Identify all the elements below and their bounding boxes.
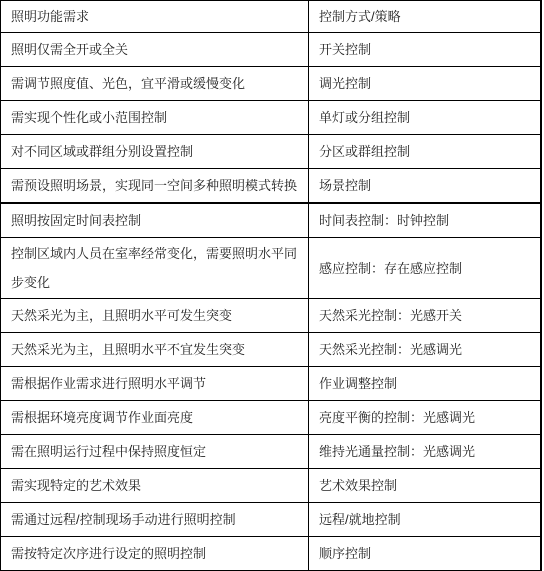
table-row: 天然采光为主，且照明水平可发生突变天然采光控制：光感开关 — [1, 299, 541, 333]
table-row: 对不同区域或群组分别设置控制分区或群组控制 — [1, 135, 541, 169]
cell-control: 天然采光控制：光感调光 — [309, 333, 541, 367]
cell-control: 远程/就地控制 — [309, 503, 541, 537]
cell-control: 维持光通量控制：光感调光 — [309, 435, 541, 469]
cell-control: 时间表控制：时钟控制 — [309, 203, 541, 238]
cell-control: 作业调整控制 — [309, 367, 541, 401]
lighting-control-table: 照明功能需求 控制方式/策略 照明仅需全开或全关开关控制需调节照度值、光色，宜平… — [0, 0, 542, 571]
header-cell-need: 照明功能需求 — [1, 1, 309, 33]
cell-control: 单灯或分组控制 — [309, 101, 541, 135]
table-row: 需预设照明场景，实现同一空间多种照明模式转换场景控制 — [1, 169, 541, 204]
table-row: 需按特定次序进行设定的照明控制顺序控制 — [1, 537, 541, 571]
cell-need: 天然采光为主，且照明水平不宜发生突变 — [1, 333, 309, 367]
table-row: 需在照明运行过程中保持照度恒定维持光通量控制：光感调光 — [1, 435, 541, 469]
table-row: 需调节照度值、光色，宜平滑或缓慢变化调光控制 — [1, 67, 541, 101]
cell-need: 需根据作业需求进行照明水平调节 — [1, 367, 309, 401]
cell-control: 艺术效果控制 — [309, 469, 541, 503]
header-cell-control: 控制方式/策略 — [309, 1, 541, 33]
table-row: 照明仅需全开或全关开关控制 — [1, 33, 541, 67]
cell-need: 需通过远程/控制现场手动进行照明控制 — [1, 503, 309, 537]
cell-need: 需预设照明场景，实现同一空间多种照明模式转换 — [1, 169, 309, 204]
table-row: 需实现特定的艺术效果艺术效果控制 — [1, 469, 541, 503]
cell-need: 需实现个性化或小范围控制 — [1, 101, 309, 135]
table-row: 需通过远程/控制现场手动进行照明控制远程/就地控制 — [1, 503, 541, 537]
document-page: 照明功能需求 控制方式/策略 照明仅需全开或全关开关控制需调节照度值、光色，宜平… — [0, 0, 544, 571]
cell-control: 感应控制：存在感应控制 — [309, 238, 541, 299]
cell-need: 控制区域内人员在室率经常变化，需要照明水平同步变化 — [1, 238, 309, 299]
cell-control: 天然采光控制：光感开关 — [309, 299, 541, 333]
cell-need: 需根据环境亮度调节作业面亮度 — [1, 401, 309, 435]
cell-control: 调光控制 — [309, 67, 541, 101]
cell-control: 分区或群组控制 — [309, 135, 541, 169]
table-row: 需实现个性化或小范围控制单灯或分组控制 — [1, 101, 541, 135]
cell-control: 顺序控制 — [309, 537, 541, 571]
table-row: 天然采光为主，且照明水平不宜发生突变天然采光控制：光感调光 — [1, 333, 541, 367]
cell-need: 照明仅需全开或全关 — [1, 33, 309, 67]
cell-control: 场景控制 — [309, 169, 541, 204]
cell-need: 需按特定次序进行设定的照明控制 — [1, 537, 309, 571]
cell-need: 对不同区域或群组分别设置控制 — [1, 135, 309, 169]
cell-need: 天然采光为主，且照明水平可发生突变 — [1, 299, 309, 333]
table-row: 控制区域内人员在室率经常变化，需要照明水平同步变化感应控制：存在感应控制 — [1, 238, 541, 299]
cell-need: 需实现特定的艺术效果 — [1, 469, 309, 503]
cell-control: 亮度平衡的控制：光感调光 — [309, 401, 541, 435]
cell-need: 需调节照度值、光色，宜平滑或缓慢变化 — [1, 67, 309, 101]
cell-control: 开关控制 — [309, 33, 541, 67]
table-row: 照明按固定时间表控制时间表控制：时钟控制 — [1, 203, 541, 238]
cell-need: 照明按固定时间表控制 — [1, 203, 309, 238]
table-row: 需根据环境亮度调节作业面亮度亮度平衡的控制：光感调光 — [1, 401, 541, 435]
table-header-row: 照明功能需求 控制方式/策略 — [1, 1, 541, 33]
cell-need: 需在照明运行过程中保持照度恒定 — [1, 435, 309, 469]
table-row: 需根据作业需求进行照明水平调节作业调整控制 — [1, 367, 541, 401]
